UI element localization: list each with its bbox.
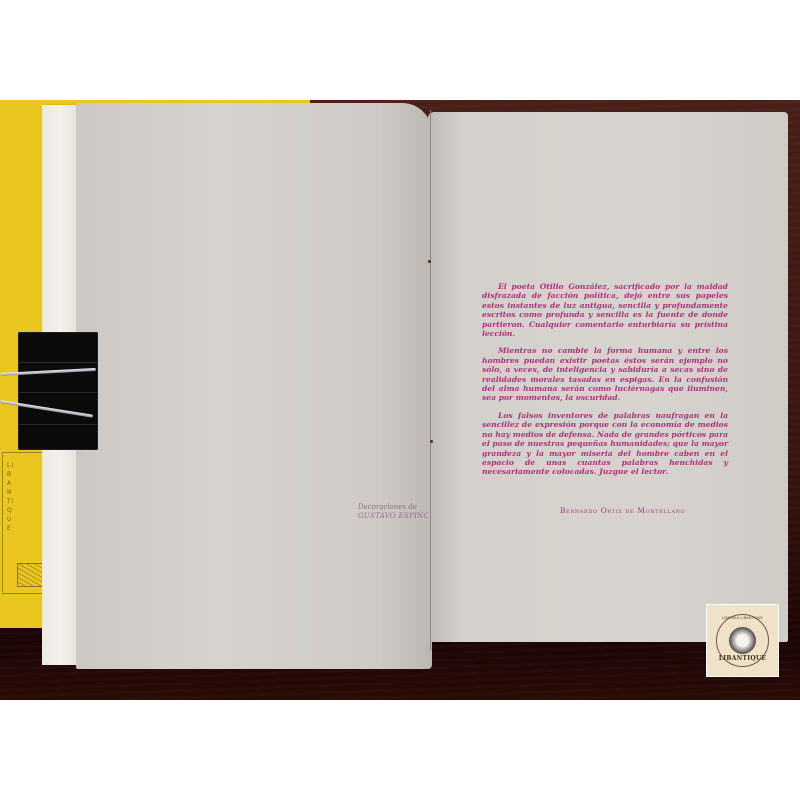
paragraph: El poeta Otilio González, sacrificado po… bbox=[482, 282, 728, 338]
book-gutter bbox=[430, 110, 431, 650]
foreword-text: El poeta Otilio González, sacrificado po… bbox=[482, 282, 728, 485]
binder-clip bbox=[18, 332, 98, 450]
clip-ridge bbox=[18, 424, 98, 425]
binding-stitch bbox=[430, 440, 433, 443]
binding-stitch bbox=[428, 260, 431, 263]
logo-top-text: LIBRERÍA LIBANTIQUE bbox=[717, 616, 768, 620]
cover-art-text: LIBANTIQUE bbox=[7, 461, 15, 533]
paragraph: Mientras no cambie la forma humana y ent… bbox=[482, 346, 728, 402]
book-reader-icon bbox=[729, 627, 756, 654]
logo-seal: LIBRERÍA LIBANTIQUE LIBANTIQUE bbox=[716, 614, 769, 667]
author-signature: Bernardo Ortiz de Montellano bbox=[560, 506, 730, 515]
libantique-logo: LIBRERÍA LIBANTIQUE LIBANTIQUE bbox=[706, 604, 779, 677]
logo-wordmark: LIBANTIQUE bbox=[713, 655, 772, 662]
left-page: Decoraciones de GUSTAVO ESPINOSA MIRELES bbox=[76, 103, 432, 669]
clip-ridge bbox=[18, 392, 98, 393]
clip-ridge bbox=[18, 362, 98, 363]
book-photo: LIBANTIQUE Decoraciones de GUSTAVO ESPIN… bbox=[0, 100, 800, 700]
paragraph: Los falsos inventores de palabras naufra… bbox=[482, 411, 728, 477]
